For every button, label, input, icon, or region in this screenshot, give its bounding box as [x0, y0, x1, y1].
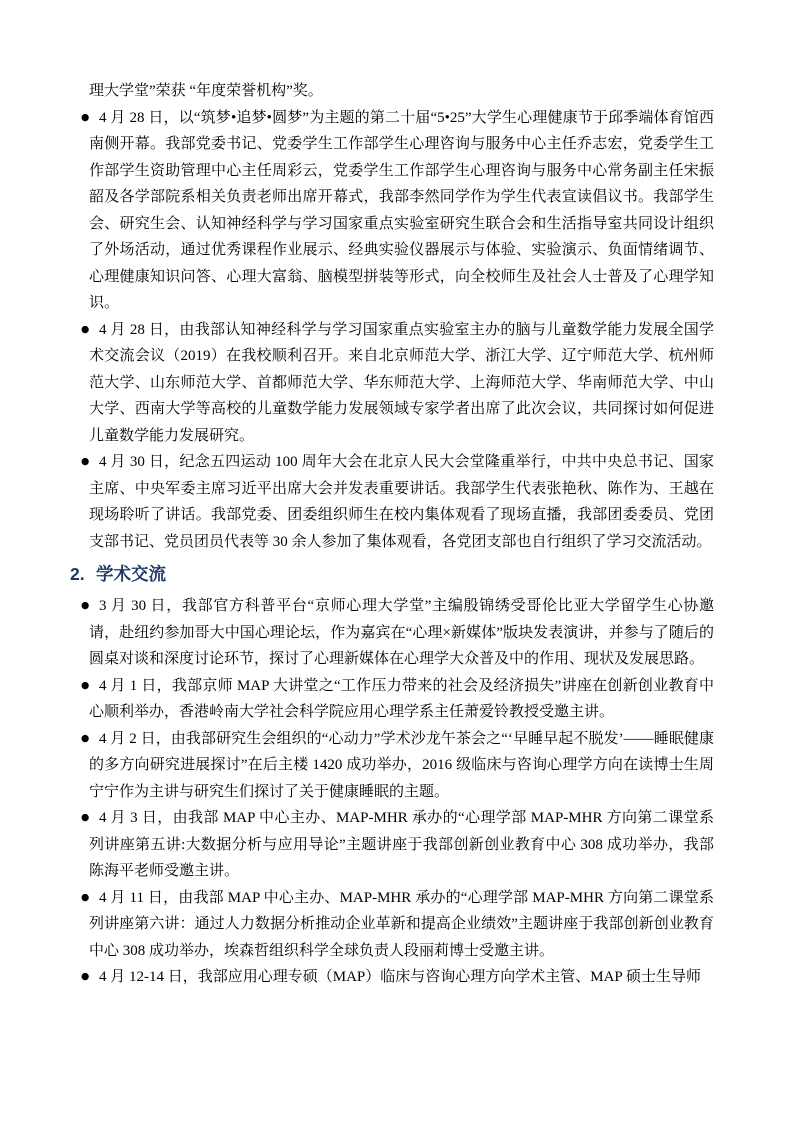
bullet-icon: ● — [81, 885, 89, 912]
list-item: ● 4 月 11 日，由我部 MAP 中心主办、MAP-MHR 承办的“心理学部… — [89, 885, 714, 965]
bullet-list-student-activities: ● 4 月 28 日，以“筑梦•追梦•圆梦”为主题的第二十届“5•25”大学生心… — [89, 105, 714, 556]
bullet-icon: ● — [81, 726, 89, 753]
list-item: ● 4 月 30 日，纪念五四运动 100 周年大会在北京人民大会堂隆重举行，中… — [89, 449, 714, 555]
bullet-icon: ● — [81, 449, 89, 476]
list-item: ● 4 月 2 日，由我部研究生会组织的“心动力”学术沙龙午茶会之“‘早睡早起不… — [89, 726, 714, 806]
list-item: ● 4 月 28 日，由我部认知神经科学与学习国家重点实验室主办的脑与儿童数学能… — [89, 317, 714, 450]
list-item-text: 3 月 30 日，我部官方科普平台“京师心理大学堂”主编殷锦绣受哥伦比亚大学留学… — [89, 598, 714, 667]
bullet-icon: ● — [81, 805, 89, 832]
bullet-icon: ● — [81, 593, 89, 620]
list-item-text: 4 月 28 日，以“筑梦•追梦•圆梦”为主题的第二十届“5•25”大学生心理健… — [89, 110, 714, 312]
list-item-text: 4 月 3 日，由我部 MAP 中心主办、MAP-MHR 承办的“心理学部 MA… — [89, 810, 714, 879]
list-item: ● 3 月 30 日，我部官方科普平台“京师心理大学堂”主编殷锦绣受哥伦比亚大学… — [89, 593, 714, 673]
list-item-text: 4 月 1 日，我部京师 MAP 大讲堂之“工作压力带来的社会及经济损失”讲座在… — [89, 678, 714, 721]
list-item-text: 4 月 30 日，纪念五四运动 100 周年大会在北京人民大会堂隆重举行，中共中… — [89, 454, 714, 550]
list-item-text: 4 月 12-14 日，我部应用心理专硕（MAP）临床与咨询心理方向学术主管、M… — [99, 969, 701, 985]
section-heading-academic-exchange: 2.学术交流 — [70, 562, 714, 586]
bullet-icon: ● — [81, 317, 89, 344]
continuation-paragraph: 理大学堂”荣获 “年度荣誉机构”奖。 — [89, 78, 714, 105]
list-item: ● 4 月 1 日，我部京师 MAP 大讲堂之“工作压力带来的社会及经济损失”讲… — [89, 673, 714, 726]
list-item-text: 4 月 28 日，由我部认知神经科学与学习国家重点实验室主办的脑与儿童数学能力发… — [89, 322, 714, 444]
heading-title: 学术交流 — [96, 564, 166, 584]
list-item-text: 4 月 2 日，由我部研究生会组织的“心动力”学术沙龙午茶会之“‘早睡早起不脱发… — [89, 731, 714, 800]
heading-number: 2. — [70, 562, 96, 586]
bullet-list-academic-exchange: ● 3 月 30 日，我部官方科普平台“京师心理大学堂”主编殷锦绣受哥伦比亚大学… — [89, 593, 714, 991]
bullet-icon: ● — [81, 964, 89, 991]
list-item: ● 4 月 12-14 日，我部应用心理专硕（MAP）临床与咨询心理方向学术主管… — [89, 964, 714, 991]
bullet-icon: ● — [81, 105, 89, 132]
document-page: 理大学堂”荣获 “年度荣誉机构”奖。 ● 4 月 28 日，以“筑梦•追梦•圆梦… — [0, 0, 793, 1122]
list-item: ● 4 月 28 日，以“筑梦•追梦•圆梦”为主题的第二十届“5•25”大学生心… — [89, 105, 714, 317]
bullet-icon: ● — [81, 673, 89, 700]
list-item: ● 4 月 3 日，由我部 MAP 中心主办、MAP-MHR 承办的“心理学部 … — [89, 805, 714, 885]
list-item-text: 4 月 11 日，由我部 MAP 中心主办、MAP-MHR 承办的“心理学部 M… — [89, 890, 714, 959]
